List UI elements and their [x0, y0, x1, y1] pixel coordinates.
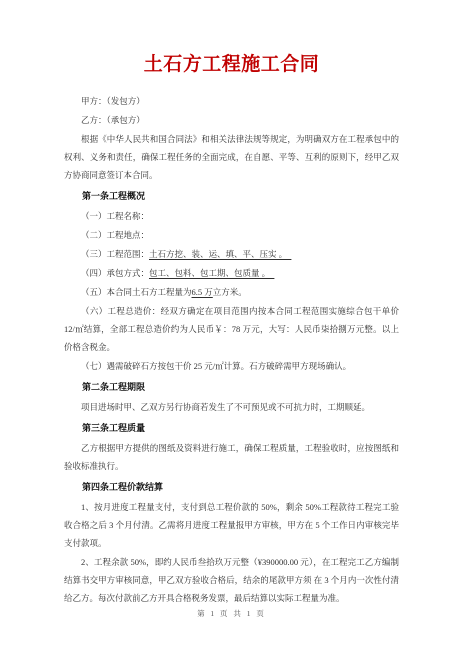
paragraph: （四）承包方式：包工、包料、包工期、包质量 。: [64, 264, 399, 282]
text-run: 2、工程余款 50%，即约人民币叁拾玖万元整（¥390000.00 元），在工程…: [64, 557, 399, 603]
text-run: （二）工程地点：: [81, 230, 149, 240]
text-run: 乙方：（承包方）: [81, 115, 145, 125]
paragraph: 项目进场时甲、乙双方另行协商若发生了不可预见或不可抗力时，工期顺延。: [64, 398, 399, 416]
document-body: 甲方：（发包方）乙方：（承包方）根据《中华人民共和国合同法》和相关法律法规等规定…: [0, 92, 463, 607]
text-run: 甲方：（发包方）: [81, 96, 145, 106]
text-run: 第一条工程概况: [82, 191, 145, 201]
text-run: 项目进场时甲、乙双方另行协商若发生了不可预见或不可抗力时，工期顺延。: [81, 402, 370, 412]
paragraph: 根据《中华人民共和国合同法》和相关法律法规等规定，为明确双方在工程承包中的权利、…: [64, 130, 399, 184]
paragraph: 乙方：（承包方）: [64, 111, 399, 129]
underlined-fill-in-text: 土石方挖、装、运、填、平、压实 。: [149, 249, 291, 259]
paragraph: （二）工程地点：: [64, 226, 399, 244]
underlined-fill-in-text: 6.5 万: [192, 287, 213, 297]
paragraph: （七）遇需破碎石方按包干价 25 元/㎡计算。石方破碎需甲方现场确认。: [64, 357, 399, 375]
text-run: （四）承包方式：: [81, 268, 149, 278]
document-title: 土石方工程施工合同: [0, 52, 463, 78]
text-run: （一）工程名称：: [81, 211, 149, 221]
page-footer: 第 1 页 共 1 页: [0, 608, 463, 619]
paragraph: 1、按月进度工程量支付，支付到总工程价款的 50%，剩余 50%工程款待工程完工…: [64, 498, 399, 552]
text-run: 乙方根据甲方提供的图纸及资料进行施工，确保工程质量，工程验收时，应按图纸和验收标…: [64, 443, 399, 471]
text-run: （五）本合同土石方工程量为: [81, 287, 192, 297]
text-run: 第二条工程期限: [82, 382, 145, 392]
paragraph: （六）工程总造价：经双方确定在项目范围内按本合同工程范围实施综合包干单价 12/…: [64, 302, 399, 356]
text-run: 第三条工程质量: [82, 423, 145, 433]
text-run: （三）工程范围：: [81, 249, 149, 259]
paragraph: 甲方：（发包方）: [64, 92, 399, 110]
paragraph: （三）工程范围：土石方挖、装、运、填、平、压实 。: [64, 245, 399, 263]
text-run: 1、按月进度工程量支付，支付到总工程价款的 50%，剩余 50%工程款待工程完工…: [64, 502, 399, 548]
paragraph: 乙方根据甲方提供的图纸及资料进行施工，确保工程质量，工程验收时，应按图纸和验收标…: [64, 439, 399, 475]
text-run: 立方米。: [213, 287, 247, 297]
text-run: （七）遇需破碎石方按包干价 25 元/㎡计算。石方破碎需甲方现场确认。: [81, 361, 351, 371]
section-heading: 第四条工程价款结算: [64, 478, 399, 496]
section-heading: 第二条工程期限: [64, 378, 399, 396]
text-run: （六）工程总造价：经双方确定在项目范围内按本合同工程范围实施综合包干单价 12/…: [64, 306, 399, 352]
section-heading: 第一条工程概况: [64, 187, 399, 205]
text-run: 根据《中华人民共和国合同法》和相关法律法规等规定，为明确双方在工程承包中的权利、…: [64, 134, 399, 180]
paragraph: （五）本合同土石方工程量为6.5 万立方米。: [64, 283, 399, 301]
underlined-fill-in-text: 包工、包料、包工期、包质量 。: [149, 268, 274, 278]
section-heading: 第三条工程质量: [64, 419, 399, 437]
text-run: 第四条工程价款结算: [82, 482, 163, 492]
document-page: 土石方工程施工合同 甲方：（发包方）乙方：（承包方）根据《中华人民共和国合同法》…: [0, 0, 463, 655]
paragraph: （一）工程名称：: [64, 207, 399, 225]
paragraph: 2、工程余款 50%，即约人民币叁拾玖万元整（¥390000.00 元），在工程…: [64, 553, 399, 607]
